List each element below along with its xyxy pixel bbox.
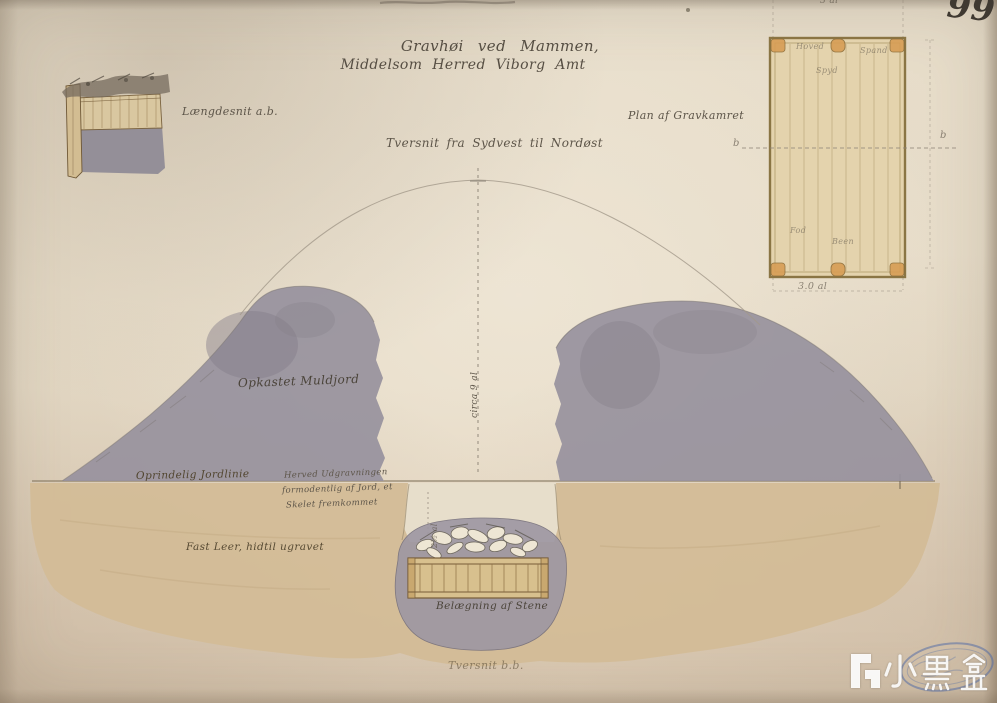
page-number: 99 — [945, 0, 997, 30]
plan-width-top-measure: 3 al — [820, 0, 838, 6]
pit-depth-measure: 2½ al — [430, 523, 439, 548]
drawing-sheet: 99 Gravhøi ved Mammen, Middelsom Herred … — [0, 0, 997, 703]
cross-section-footer-label: Tversnit b.b. — [448, 659, 524, 672]
title-line1: Gravhøi ved Mammen, — [375, 37, 625, 55]
watermark — [843, 643, 995, 701]
stone-packing-label: Belægning af Stene — [436, 600, 548, 612]
subsoil-label: Fast Leer, hidtil ugravet — [186, 541, 324, 553]
plan-label-upper-center: Spyd — [816, 66, 838, 75]
wooden-chamber-drawing — [408, 558, 548, 598]
mound-height-measure: circa 9 al — [470, 372, 480, 418]
longitudinal-section-drawing — [62, 73, 170, 178]
section-mark-right: b — [940, 130, 947, 141]
plan-label-lower-center: Been — [832, 237, 854, 246]
longitudinal-section-caption: Længdesnit a.b. — [182, 105, 278, 118]
watermark-text-glyphs — [886, 655, 986, 689]
title-line2: Middelsom Herred Viborg Amt — [338, 57, 588, 73]
plan-label-lower-left: Fod — [790, 226, 806, 235]
plan-label-top-left: Hoved — [796, 42, 824, 51]
plan-label-top-right: Spand — [860, 46, 888, 55]
original-surface-label: Oprindelig Jordlinie — [136, 468, 250, 482]
plan-caption: Plan af Gravkamret — [628, 109, 744, 122]
xiaoheihe-logo-icon — [851, 654, 880, 688]
cut-off-inscription — [380, 2, 690, 12]
drawing-artwork — [0, 0, 997, 703]
section-mark-left: b — [733, 138, 740, 149]
cross-section-caption: Tversnit fra Sydvest til Nordøst — [386, 136, 603, 150]
grave-chamber-plan-drawing — [742, 0, 958, 291]
ink-fleck — [686, 8, 690, 12]
plan-width-bottom-measure: 3.0 al — [798, 281, 827, 292]
mound-right-half — [554, 301, 934, 481]
